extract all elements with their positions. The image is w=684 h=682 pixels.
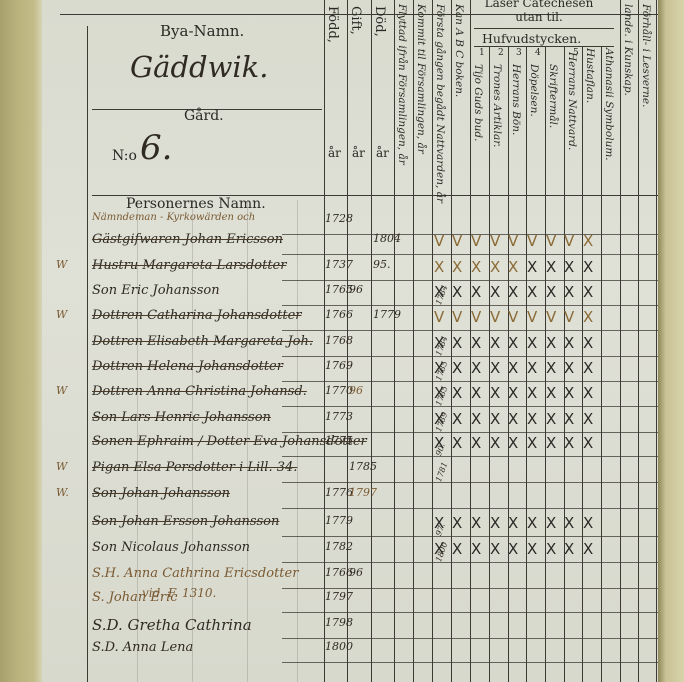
knowledge-mark: X [583,516,593,531]
part-4-number: 4 [535,48,541,58]
knowledge-mark: X [490,285,500,300]
knowledge-mark: X [434,336,444,351]
knowledge-mark: V [508,310,518,325]
birth-year: 1773 [325,410,353,423]
person-name: Dottren Helena Johansdotter [92,359,283,374]
village-label: Bya-Namn. [160,22,244,40]
person-name: Gästgifwaren Johan Ericsson [92,232,283,247]
knowledge-mark: V [546,234,556,249]
row-rule [282,482,658,483]
grid-v [394,0,395,682]
knowledge-mark: X [583,336,593,351]
knowledge-mark: X [452,260,462,275]
grid-v [432,0,433,682]
extra-athanasii-label: Athanasii Symbolum. [603,48,615,161]
knowledge-mark: X [564,285,574,300]
knowledge-mark: X [527,260,537,275]
death-year: 1804 [373,232,401,245]
row-rule [282,508,658,509]
married-year: 1797 [349,486,377,499]
knowledge-mark: X [452,336,462,351]
married-year: 96 [349,283,363,296]
grid-v [601,46,602,682]
knowledge-mark: X [490,336,500,351]
knowledge-mark: X [564,336,574,351]
knowledge-mark: X [527,386,537,401]
knowledge-mark: X [508,361,518,376]
part-2-label: Trones Artiklar. [491,64,503,147]
row-rule [282,406,658,407]
knowledge-mark: X [546,386,556,401]
knowledge-mark: X [490,516,500,531]
margin-mark: W [56,308,67,321]
part-4-label: Döpelsen. [528,64,540,117]
farm-number-label: N:o [112,148,137,164]
knowledge-mark: X [471,542,481,557]
person-name: S.H. Anna Cathrina Ericsdotter [92,566,298,581]
row-rule [282,612,658,613]
right-group-a-label: lande. i Kunskap. [622,4,634,154]
row-rule [282,305,658,306]
row-rule [282,280,658,281]
margin-mark: W [56,384,67,397]
knowledge-mark: X [546,285,556,300]
grid-v [656,0,657,682]
married-year: 1785 [349,460,377,473]
knowledge-mark: X [527,516,537,531]
knowledge-mark: X [452,516,462,531]
knowledge-mark: X [546,542,556,557]
knowledge-mark: X [564,516,574,531]
knowledge-mark: X [527,336,537,351]
farm-number: 6. [140,128,172,168]
married-year: 96 [349,384,363,397]
birth-year: 1798 [325,616,353,629]
col-born-label: Född, [325,6,340,146]
knowledge-mark: X [471,386,481,401]
part-3-number: 3 [516,48,522,58]
knowledge-mark: X [583,386,593,401]
row-rule [282,662,658,663]
knowledge-mark: X [508,285,518,300]
row-rule [282,330,658,331]
knowledge-mark: X [564,260,574,275]
col-abc-label: Kan A B C boken. [453,4,465,97]
person-name: Hustru Margareta Larsdotter [92,258,286,273]
row-rule [282,562,658,563]
margin-mark: W. [56,486,69,499]
person-name: Nämndeman - Kyrkowärden och [92,212,255,223]
person-name: Son Eric Johansson [92,283,220,298]
birth-year: 1737 [325,258,353,271]
book-edge-right [658,0,684,682]
knowledge-mark: X [508,386,518,401]
knowledge-mark: X [546,361,556,376]
birth-year: 1768 [325,334,353,347]
person-name: Son Johan Ersson Johansson [92,514,279,529]
knowledge-mark: X [490,361,500,376]
farm-label: Gård. [184,108,224,124]
knowledge-mark: X [471,336,481,351]
row-rule [282,432,658,433]
knowledge-mark: X [564,436,574,451]
knowledge-mark: X [452,386,462,401]
person-name: S. Johan Eric [92,590,178,605]
grid-v [638,0,639,682]
knowledge-mark: X [527,361,537,376]
part-confession-label: Skriftermål. [547,64,559,128]
knowledge-mark: X [508,436,518,451]
knowledge-mark: V [490,234,500,249]
knowledge-mark: V [452,234,462,249]
birth-year: 1782 [325,540,353,553]
knowledge-mark: X [434,412,444,427]
knowledge-mark: X [434,436,444,451]
knowledge-mark: X [546,260,556,275]
knowledge-mark: X [471,516,481,531]
knowledge-mark: X [434,260,444,275]
knowledge-mark: X [471,361,481,376]
book-edge-left [0,0,42,682]
grid-v [413,0,414,682]
knowledge-mark: X [564,412,574,427]
knowledge-mark: X [490,386,500,401]
knowledge-mark: X [546,412,556,427]
knowledge-mark: X [490,260,500,275]
knowledge-mark: V [434,234,444,249]
death-year: 95. [373,258,391,271]
birth-year: 1766 [325,308,353,321]
col-committed-label: Kommit til Församlingen, år [415,4,427,154]
birth-year: 1800 [325,640,353,653]
death-year: 1779 [373,308,401,321]
part-5-label: Herrans Nattvard. [566,52,578,150]
birth-year: 1728 [325,212,353,225]
right-group-b-label: Förhåll- i Lesverne. [640,4,652,184]
row-rule [282,254,658,255]
knowledge-mark: X [583,285,593,300]
col-communion-label: Första gången begådt Nattvarden, år [434,4,446,203]
knowledge-mark: X [564,386,574,401]
knowledge-mark: V [527,234,537,249]
person-name: S.D. Gretha Cathrina [92,616,252,634]
knowledge-mark: X [471,412,481,427]
birth-year: 1797 [325,590,353,603]
knowledge-mark: X [490,412,500,427]
knowledge-mark: V [508,234,518,249]
main-parts-label: Hufvudstycken. [482,31,581,46]
knowledge-mark: X [452,412,462,427]
knowledge-mark: X [527,542,537,557]
person-name: Son Nicolaus Johansson [92,540,250,555]
row-rule [282,456,658,457]
knowledge-mark: X [527,412,537,427]
col-married-label: Gift, [348,6,363,35]
part-3-label: Herrans Bön. [510,64,522,135]
knowledge-mark: X [508,542,518,557]
person-name: Dottren Catharina Johansdotter [92,308,302,323]
row-rule [282,234,658,235]
knowledge-mark: X [546,336,556,351]
knowledge-mark: V [490,310,500,325]
row-rule [282,638,658,639]
person-name: Dottren Anna Christina Johansd. [92,384,307,399]
person-name: Dottren Elisabeth Margareta Joh. [92,334,313,349]
register-page: Bya-Namn. Gäddwik. Gård. N:o 6. Personer… [42,0,658,682]
row-rule [282,588,658,589]
knowledge-mark: X [583,260,593,275]
born-year-unit: år [328,146,341,160]
knowledge-mark: X [583,412,593,427]
knowledge-mark: X [508,336,518,351]
col-moved-label: Flyttad ifrån Församlingen, år [396,4,408,165]
birth-year: 1775 [325,434,353,447]
knowledge-mark: X [583,310,593,325]
knowledge-mark: X [546,436,556,451]
died-year-unit: år [376,146,389,160]
knowledge-mark: X [452,436,462,451]
main-parts-divider [474,46,614,47]
knowledge-mark: X [583,361,593,376]
knowledge-mark: V [452,310,462,325]
grid-v [371,0,372,682]
knowledge-mark: V [564,234,574,249]
knowledge-mark: X [490,542,500,557]
knowledge-mark: X [434,361,444,376]
knowledge-mark: X [434,516,444,531]
communion-year: 1781 [434,461,449,483]
married-year: 96 [349,566,363,579]
extra-hustaflan-label: Hustaflan. [584,48,596,103]
catechism-divider [474,28,614,29]
row-rule [282,381,658,382]
knowledge-mark: X [434,386,444,401]
knowledge-mark: X [508,260,518,275]
catechism-group-label: Läser Catechesen utan til. [474,0,604,24]
person-name: Son Johan Johansson [92,486,230,501]
persons-label: Personernes Namn. [126,196,266,212]
knowledge-mark: X [471,260,481,275]
knowledge-mark: X [452,285,462,300]
knowledge-mark: V [546,310,556,325]
knowledge-mark: X [564,542,574,557]
knowledge-mark: X [527,436,537,451]
knowledge-mark: X [583,542,593,557]
knowledge-mark: X [471,285,481,300]
village-name: Gäddwik. [130,50,268,84]
knowledge-mark: V [527,310,537,325]
knowledge-mark: X [564,361,574,376]
knowledge-mark: X [452,361,462,376]
row-rule [282,536,658,537]
margin-mark: W [56,258,67,271]
person-name: S.D. Anna Lena [92,640,193,655]
knowledge-mark: X [471,436,481,451]
knowledge-mark: X [490,436,500,451]
knowledge-mark: X [546,516,556,531]
row-rule [282,356,658,357]
person-name: Son Lars Henric Johansson [92,410,271,425]
knowledge-mark: V [434,310,444,325]
knowledge-mark: X [434,285,444,300]
knowledge-mark: V [471,234,481,249]
married-year-unit: år [352,146,365,160]
part-1-number: 1 [479,48,485,58]
part-2-number: 2 [498,48,504,58]
knowledge-mark: X [508,516,518,531]
birth-year: 1779 [325,514,353,527]
frame-left [87,26,88,682]
knowledge-mark: X [583,234,593,249]
birth-year: 1769 [325,359,353,372]
knowledge-mark: X [508,412,518,427]
knowledge-mark: X [452,542,462,557]
knowledge-mark: X [527,285,537,300]
part-1-label: Tijo Guds bud. [472,64,484,141]
col-died-label: Död, [372,6,387,37]
knowledge-mark: X [434,542,444,557]
knowledge-mark: V [564,310,574,325]
knowledge-mark: V [471,310,481,325]
person-name: Pigan Elsa Persdotter i Lill. 34. [92,460,297,475]
knowledge-mark: X [583,436,593,451]
margin-mark: W [56,460,67,473]
grid-v [620,0,621,682]
